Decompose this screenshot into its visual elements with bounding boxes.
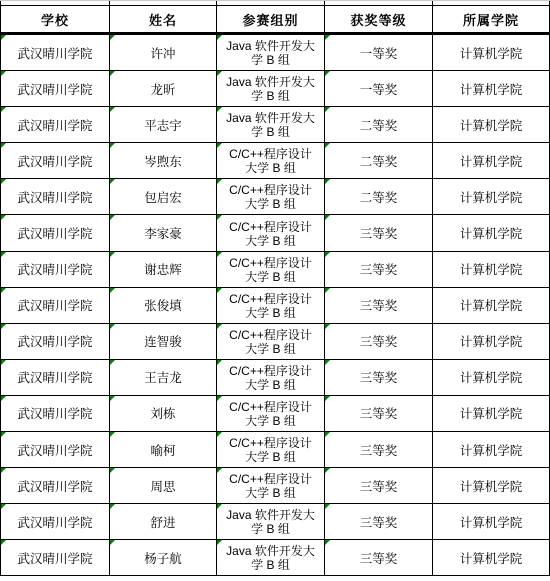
cell-group[interactable]: Java 软件开发大学 B 组 bbox=[217, 35, 325, 71]
cell-award[interactable]: 三等奖 bbox=[325, 396, 433, 432]
cell-text: 二等奖 bbox=[360, 188, 398, 206]
cell-text: 刘栋 bbox=[150, 404, 175, 422]
cell-name[interactable]: 周思 bbox=[110, 468, 217, 504]
cell-group[interactable]: C/C++程序设计大学 B 组 bbox=[217, 432, 325, 468]
cell-text: 一等奖 bbox=[360, 80, 398, 98]
error-indicator-icon bbox=[110, 432, 115, 437]
cell-text: 计算机学院 bbox=[460, 332, 523, 350]
error-indicator-icon bbox=[110, 540, 115, 545]
error-indicator-icon bbox=[110, 396, 115, 401]
cell-text: 武汉晴川学院 bbox=[17, 116, 92, 134]
cell-text: 计算机学院 bbox=[460, 224, 523, 242]
cell-award[interactable]: 三等奖 bbox=[325, 504, 433, 540]
cell-text: 武汉晴川学院 bbox=[17, 80, 92, 98]
cell-name[interactable]: 王吉龙 bbox=[110, 360, 217, 396]
cell-text: 武汉晴川学院 bbox=[17, 224, 92, 242]
cell-college[interactable]: 计算机学院 bbox=[433, 360, 550, 396]
cell-name[interactable]: 舒进 bbox=[110, 504, 217, 540]
cell-text: C/C++程序设计大学 B 组 bbox=[224, 220, 317, 248]
column-header-name[interactable]: 姓名 bbox=[110, 5, 217, 35]
cell-text: 三等奖 bbox=[360, 368, 398, 386]
error-indicator-icon bbox=[1, 468, 6, 473]
error-indicator-icon bbox=[325, 504, 330, 509]
column-header-school[interactable]: 学校 bbox=[0, 5, 110, 35]
cell-group[interactable]: C/C++程序设计大学 B 组 bbox=[217, 468, 325, 504]
cell-award[interactable]: 三等奖 bbox=[325, 540, 433, 576]
cell-group[interactable]: C/C++程序设计大学 B 组 bbox=[217, 252, 325, 288]
error-indicator-icon bbox=[325, 35, 330, 40]
error-indicator-icon bbox=[217, 252, 222, 257]
cell-text: 计算机学院 bbox=[460, 152, 523, 170]
cell-school[interactable]: 武汉晴川学院 bbox=[0, 396, 110, 432]
cell-school[interactable]: 武汉晴川学院 bbox=[0, 252, 110, 288]
cell-name[interactable]: 张俊填 bbox=[110, 288, 217, 324]
cell-group[interactable]: Java 软件开发大学 B 组 bbox=[217, 540, 325, 576]
cell-name[interactable]: 刘栋 bbox=[110, 396, 217, 432]
cell-group[interactable]: C/C++程序设计大学 B 组 bbox=[217, 396, 325, 432]
error-indicator-icon bbox=[325, 360, 330, 365]
cell-name[interactable]: 喻柯 bbox=[110, 432, 217, 468]
cell-text: 武汉晴川学院 bbox=[17, 332, 92, 350]
cell-college[interactable]: 计算机学院 bbox=[433, 540, 550, 576]
error-indicator-icon bbox=[217, 324, 222, 329]
cell-college[interactable]: 计算机学院 bbox=[433, 432, 550, 468]
cell-text: C/C++程序设计大学 B 组 bbox=[224, 436, 317, 464]
error-indicator-icon bbox=[1, 179, 6, 184]
cell-text: Java 软件开发大学 B 组 bbox=[224, 111, 317, 139]
error-indicator-icon bbox=[1, 71, 6, 76]
error-indicator-icon bbox=[110, 179, 115, 184]
cell-text: 武汉晴川学院 bbox=[17, 549, 92, 567]
cell-text: 计算机学院 bbox=[460, 404, 523, 422]
cell-text: 计算机学院 bbox=[460, 441, 523, 459]
cell-school[interactable]: 武汉晴川学院 bbox=[0, 540, 110, 576]
cell-text: Java 软件开发大学 B 组 bbox=[224, 508, 317, 536]
cell-text: 谢忠辉 bbox=[144, 260, 182, 278]
cell-award[interactable]: 二等奖 bbox=[325, 179, 433, 215]
error-indicator-icon bbox=[1, 360, 6, 365]
cell-award[interactable]: 三等奖 bbox=[325, 432, 433, 468]
cell-text: C/C++程序设计大学 B 组 bbox=[224, 364, 317, 392]
error-indicator-icon bbox=[1, 215, 6, 220]
cell-text: Java 软件开发大学 B 组 bbox=[224, 39, 317, 67]
cell-text: 舒进 bbox=[150, 513, 175, 531]
cell-text: C/C++程序设计大学 B 组 bbox=[224, 147, 317, 175]
cell-text: 计算机学院 bbox=[460, 368, 523, 386]
cell-text: 包启宏 bbox=[144, 188, 182, 206]
cell-text: C/C++程序设计大学 B 组 bbox=[224, 328, 317, 356]
error-indicator-icon bbox=[1, 396, 6, 401]
cell-group[interactable]: C/C++程序设计大学 B 组 bbox=[217, 360, 325, 396]
column-header-label: 参赛组别 bbox=[242, 10, 298, 29]
error-indicator-icon bbox=[110, 360, 115, 365]
error-indicator-icon bbox=[325, 396, 330, 401]
cell-group[interactable]: C/C++程序设计大学 B 组 bbox=[217, 143, 325, 179]
cell-text: 李家豪 bbox=[144, 224, 182, 242]
cell-text: 计算机学院 bbox=[460, 260, 523, 278]
cell-award[interactable]: 三等奖 bbox=[325, 288, 433, 324]
cell-award[interactable]: 三等奖 bbox=[325, 324, 433, 360]
error-indicator-icon bbox=[110, 35, 115, 40]
error-indicator-icon bbox=[1, 432, 6, 437]
cell-college[interactable]: 计算机学院 bbox=[433, 143, 550, 179]
error-indicator-icon bbox=[217, 71, 222, 76]
cell-college[interactable]: 计算机学院 bbox=[433, 107, 550, 143]
error-indicator-icon bbox=[217, 288, 222, 293]
column-header-label: 姓名 bbox=[149, 10, 177, 29]
cell-text: C/C++程序设计大学 B 组 bbox=[224, 183, 317, 211]
cell-college[interactable]: 计算机学院 bbox=[433, 215, 550, 251]
cell-school[interactable]: 武汉晴川学院 bbox=[0, 288, 110, 324]
error-indicator-icon bbox=[325, 468, 330, 473]
cell-award[interactable]: 二等奖 bbox=[325, 143, 433, 179]
cell-college[interactable]: 计算机学院 bbox=[433, 71, 550, 107]
cell-school[interactable]: 武汉晴川学院 bbox=[0, 215, 110, 251]
cell-text: Java 软件开发大学 B 组 bbox=[224, 544, 317, 572]
cell-text: 杨子航 bbox=[144, 549, 182, 567]
cell-text: 平志宇 bbox=[144, 116, 182, 134]
cell-text: C/C++程序设计大学 B 组 bbox=[224, 472, 317, 500]
error-indicator-icon bbox=[110, 504, 115, 509]
error-indicator-icon bbox=[217, 215, 222, 220]
cell-text: 三等奖 bbox=[360, 513, 398, 531]
cell-text: 二等奖 bbox=[360, 116, 398, 134]
spreadsheet-table: 学校 姓名 参赛组别 获奖等级 所属学院 武汉晴川学院 许冲 Java 软件开发… bbox=[0, 0, 550, 581]
error-indicator-icon bbox=[217, 396, 222, 401]
error-indicator-icon bbox=[325, 540, 330, 545]
cell-college[interactable]: 计算机学院 bbox=[433, 179, 550, 215]
cell-group[interactable]: C/C++程序设计大学 B 组 bbox=[217, 288, 325, 324]
cell-name[interactable]: 龙昕 bbox=[110, 71, 217, 107]
column-header-award[interactable]: 获奖等级 bbox=[325, 5, 433, 35]
error-indicator-icon bbox=[325, 179, 330, 184]
error-indicator-icon bbox=[217, 432, 222, 437]
cell-group[interactable]: Java 软件开发大学 B 组 bbox=[217, 71, 325, 107]
error-indicator-icon bbox=[110, 252, 115, 257]
error-indicator-icon bbox=[325, 71, 330, 76]
cell-school[interactable]: 武汉晴川学院 bbox=[0, 504, 110, 540]
error-indicator-icon bbox=[1, 540, 6, 545]
cell-text: 连智骏 bbox=[144, 332, 182, 350]
error-indicator-icon bbox=[217, 35, 222, 40]
cell-college[interactable]: 计算机学院 bbox=[433, 288, 550, 324]
error-indicator-icon bbox=[1, 324, 6, 329]
cell-text: 三等奖 bbox=[360, 332, 398, 350]
column-header-label: 学校 bbox=[41, 10, 69, 29]
cell-group[interactable]: C/C++程序设计大学 B 组 bbox=[217, 179, 325, 215]
cell-school[interactable]: 武汉晴川学院 bbox=[0, 432, 110, 468]
cell-text: 三等奖 bbox=[360, 441, 398, 459]
error-indicator-icon bbox=[217, 504, 222, 509]
error-indicator-icon bbox=[217, 143, 222, 148]
cell-text: C/C++程序设计大学 B 组 bbox=[224, 400, 317, 428]
error-indicator-icon bbox=[1, 288, 6, 293]
cell-school[interactable]: 武汉晴川学院 bbox=[0, 324, 110, 360]
cell-college[interactable]: 计算机学院 bbox=[433, 35, 550, 71]
cell-text: 武汉晴川学院 bbox=[17, 296, 92, 314]
cell-text: 周思 bbox=[150, 477, 175, 495]
cell-text: 计算机学院 bbox=[460, 44, 523, 62]
column-header-college[interactable]: 所属学院 bbox=[433, 5, 550, 35]
cell-group[interactable]: Java 软件开发大学 B 组 bbox=[217, 107, 325, 143]
error-indicator-icon bbox=[110, 468, 115, 473]
cell-school[interactable]: 武汉晴川学院 bbox=[0, 179, 110, 215]
cell-text: Java 软件开发大学 B 组 bbox=[224, 75, 317, 103]
error-indicator-icon bbox=[325, 252, 330, 257]
error-indicator-icon bbox=[325, 288, 330, 293]
cell-school[interactable]: 武汉晴川学院 bbox=[0, 71, 110, 107]
cell-college[interactable]: 计算机学院 bbox=[433, 396, 550, 432]
cell-name[interactable]: 杨子航 bbox=[110, 540, 217, 576]
cell-text: 武汉晴川学院 bbox=[17, 477, 92, 495]
cell-text: 张俊填 bbox=[144, 296, 182, 314]
cell-award[interactable]: 三等奖 bbox=[325, 252, 433, 288]
error-indicator-icon bbox=[110, 143, 115, 148]
error-indicator-icon bbox=[325, 432, 330, 437]
cell-text: 三等奖 bbox=[360, 224, 398, 242]
error-indicator-icon bbox=[110, 324, 115, 329]
cell-school[interactable]: 武汉晴川学院 bbox=[0, 107, 110, 143]
cell-text: 计算机学院 bbox=[460, 513, 523, 531]
error-indicator-icon bbox=[1, 252, 6, 257]
cell-school[interactable]: 武汉晴川学院 bbox=[0, 35, 110, 71]
cell-text: 三等奖 bbox=[360, 404, 398, 422]
cell-text: 三等奖 bbox=[360, 296, 398, 314]
cell-group[interactable]: Java 软件开发大学 B 组 bbox=[217, 504, 325, 540]
cell-name[interactable]: 包启宏 bbox=[110, 179, 217, 215]
cell-text: 计算机学院 bbox=[460, 296, 523, 314]
cell-text: 武汉晴川学院 bbox=[17, 404, 92, 422]
cell-text: C/C++程序设计大学 B 组 bbox=[224, 256, 317, 284]
cell-text: 二等奖 bbox=[360, 152, 398, 170]
cell-school[interactable]: 武汉晴川学院 bbox=[0, 468, 110, 504]
table-grid: 学校 姓名 参赛组别 获奖等级 所属学院 武汉晴川学院 许冲 Java 软件开发… bbox=[0, 5, 550, 576]
error-indicator-icon bbox=[110, 288, 115, 293]
cell-text: 岑煦东 bbox=[144, 152, 182, 170]
cell-name[interactable]: 谢忠辉 bbox=[110, 252, 217, 288]
cell-college[interactable]: 计算机学院 bbox=[433, 504, 550, 540]
cell-school[interactable]: 武汉晴川学院 bbox=[0, 143, 110, 179]
error-indicator-icon bbox=[217, 179, 222, 184]
error-indicator-icon bbox=[325, 107, 330, 112]
cell-text: 计算机学院 bbox=[460, 477, 523, 495]
cell-group[interactable]: C/C++程序设计大学 B 组 bbox=[217, 215, 325, 251]
cell-text: 三等奖 bbox=[360, 477, 398, 495]
error-indicator-icon bbox=[217, 107, 222, 112]
cell-text: 一等奖 bbox=[360, 44, 398, 62]
error-indicator-icon bbox=[1, 504, 6, 509]
cell-school[interactable]: 武汉晴川学院 bbox=[0, 360, 110, 396]
cell-text: 武汉晴川学院 bbox=[17, 188, 92, 206]
cell-name[interactable]: 岑煦东 bbox=[110, 143, 217, 179]
cell-college[interactable]: 计算机学院 bbox=[433, 324, 550, 360]
cell-text: 许冲 bbox=[150, 44, 175, 62]
column-header-group[interactable]: 参赛组别 bbox=[217, 5, 325, 35]
cell-name[interactable]: 平志宇 bbox=[110, 107, 217, 143]
cell-award[interactable]: 三等奖 bbox=[325, 468, 433, 504]
error-indicator-icon bbox=[110, 215, 115, 220]
cell-text: 计算机学院 bbox=[460, 549, 523, 567]
cell-text: 龙昕 bbox=[150, 80, 175, 98]
cell-text: 计算机学院 bbox=[460, 188, 523, 206]
error-indicator-icon bbox=[217, 468, 222, 473]
cell-name[interactable]: 李家豪 bbox=[110, 215, 217, 251]
cell-text: 武汉晴川学院 bbox=[17, 44, 92, 62]
cell-award[interactable]: 一等奖 bbox=[325, 71, 433, 107]
error-indicator-icon bbox=[1, 107, 6, 112]
cell-group[interactable]: C/C++程序设计大学 B 组 bbox=[217, 324, 325, 360]
cell-text: 计算机学院 bbox=[460, 80, 523, 98]
cell-text: 计算机学院 bbox=[460, 116, 523, 134]
column-header-label: 获奖等级 bbox=[350, 10, 406, 29]
cell-college[interactable]: 计算机学院 bbox=[433, 468, 550, 504]
error-indicator-icon bbox=[325, 215, 330, 220]
error-indicator-icon bbox=[1, 143, 6, 148]
error-indicator-icon bbox=[325, 143, 330, 148]
error-indicator-icon bbox=[1, 35, 6, 40]
cell-text: C/C++程序设计大学 B 组 bbox=[224, 292, 317, 320]
cell-award[interactable]: 一等奖 bbox=[325, 35, 433, 71]
cell-text: 武汉晴川学院 bbox=[17, 513, 92, 531]
error-indicator-icon bbox=[325, 324, 330, 329]
cell-text: 三等奖 bbox=[360, 549, 398, 567]
cell-text: 王吉龙 bbox=[144, 368, 182, 386]
cell-text: 武汉晴川学院 bbox=[17, 260, 92, 278]
cell-college[interactable]: 计算机学院 bbox=[433, 252, 550, 288]
column-header-label: 所属学院 bbox=[463, 10, 519, 29]
cell-text: 武汉晴川学院 bbox=[17, 441, 92, 459]
error-indicator-icon bbox=[217, 360, 222, 365]
cell-text: 喻柯 bbox=[150, 441, 175, 459]
error-indicator-icon bbox=[217, 540, 222, 545]
error-indicator-icon bbox=[110, 71, 115, 76]
cell-name[interactable]: 许冲 bbox=[110, 35, 217, 71]
cell-award[interactable]: 三等奖 bbox=[325, 215, 433, 251]
cell-award[interactable]: 三等奖 bbox=[325, 360, 433, 396]
error-indicator-icon bbox=[110, 107, 115, 112]
cell-text: 武汉晴川学院 bbox=[17, 368, 92, 386]
cell-text: 武汉晴川学院 bbox=[17, 152, 92, 170]
cell-text: 三等奖 bbox=[360, 260, 398, 278]
cell-award[interactable]: 二等奖 bbox=[325, 107, 433, 143]
cell-name[interactable]: 连智骏 bbox=[110, 324, 217, 360]
